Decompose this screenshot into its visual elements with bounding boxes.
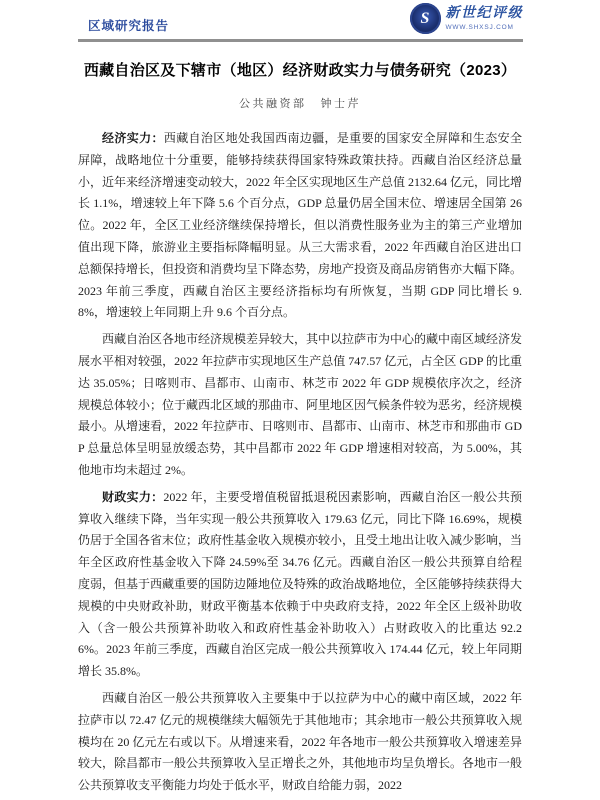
paragraph-text: 西藏自治区一般公共预算收入主要集中于以拉萨为中心的藏中南区域，2022 年拉萨市… <box>78 691 522 792</box>
logo-text-block: 新世纪评级 WWW.SHXSJ.COM <box>446 6 524 30</box>
report-type-label: 区域研究报告 <box>88 16 169 34</box>
paragraph-lead: 经济实力： <box>102 131 164 145</box>
paragraph-regional-fiscal: 西藏自治区一般公共预算收入主要集中于以拉萨为中心的藏中南区域，2022 年拉萨市… <box>78 688 522 797</box>
paragraph-text: 西藏自治区地处我国西南边疆，是重要的国家安全屏障和生态安全屏障，战略地位十分重要… <box>78 131 522 319</box>
document-page: 区域研究报告 S 新世纪评级 WWW.SHXSJ.COM 西藏自治区及下辖市（地… <box>0 0 600 800</box>
document-title: 西藏自治区及下辖市（地区）经济财政实力与债务研究（2023） <box>78 60 522 82</box>
paragraph-regional-economy: 西藏自治区各地市经济规模差异较大，其中以拉萨市为中心的藏中南区域经济发展水平相对… <box>78 329 522 482</box>
page-header: 区域研究报告 S 新世纪评级 WWW.SHXSJ.COM <box>78 0 523 46</box>
logo-website-text: WWW.SHXSJ.COM <box>446 24 514 31</box>
paragraph-text: 2022 年，主要受增值税留抵退税因素影响，西藏自治区一般公共预算收入继续下降，… <box>78 490 522 678</box>
paragraph-text: 西藏自治区各地市经济规模差异较大，其中以拉萨市为中心的藏中南区域经济发展水平相对… <box>78 332 522 477</box>
paragraph-economic-strength: 经济实力：西藏自治区地处我国西南边疆，是重要的国家安全屏障和生态安全屏障，战略地… <box>78 128 522 324</box>
paragraph-fiscal-strength: 财政实力：2022 年，主要受增值税留抵退税因素影响，西藏自治区一般公共预算收入… <box>78 487 522 683</box>
body-text: 经济实力：西藏自治区地处我国西南边疆，是重要的国家安全屏障和生态安全屏障，战略地… <box>78 128 522 797</box>
company-logo: S 新世纪评级 WWW.SHXSJ.COM <box>410 3 524 34</box>
header-divider-line <box>78 39 523 42</box>
page-number: 1 <box>0 753 600 764</box>
document-content: 西藏自治区及下辖市（地区）经济财政实力与债务研究（2023） 公共融资部钟士芹 … <box>78 60 522 800</box>
paragraph-lead: 财政实力： <box>102 490 163 504</box>
byline-department: 公共融资部 <box>239 98 307 110</box>
logo-company-name: 新世纪评级 <box>446 6 524 22</box>
logo-emblem-icon: S <box>410 3 441 34</box>
byline: 公共融资部钟士芹 <box>78 95 522 111</box>
byline-author: 钟士芹 <box>321 98 362 110</box>
